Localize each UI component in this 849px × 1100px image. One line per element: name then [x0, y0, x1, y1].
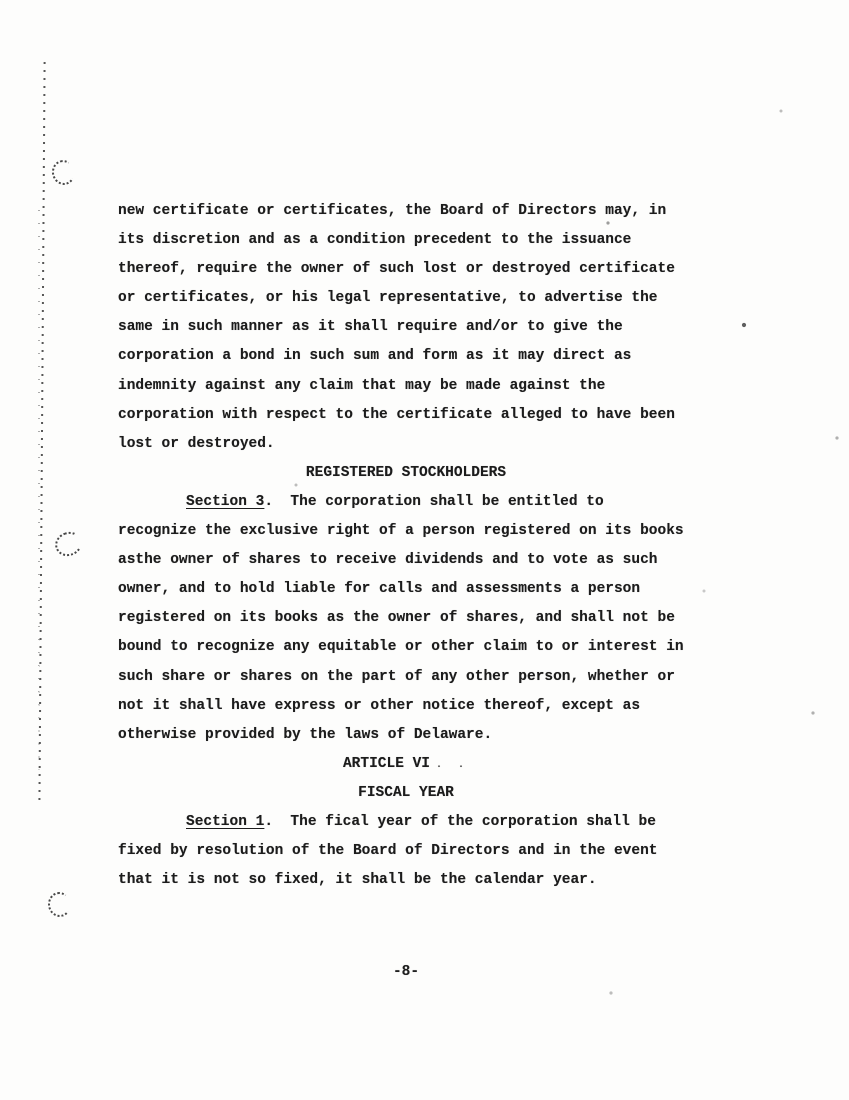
heading-article-vi-text: ARTICLE VI — [343, 756, 430, 772]
section-1-lead-line: Section 1. The fical year of the corpora… — [118, 808, 694, 837]
page-number: -8- — [118, 961, 694, 983]
pencil-c-mark-top — [49, 158, 77, 188]
pencil-c-mark-bottom — [46, 891, 72, 919]
section-3-label: Section 3 — [186, 494, 264, 510]
scanned-document-page: new certificate or certificates, the Boa… — [0, 0, 849, 1100]
scan-noise-strip-secondary — [38, 210, 40, 770]
body-line: fixed by resolution of the Board of Dire… — [118, 837, 694, 866]
body-line: that it is not so fixed, it shall be the… — [118, 866, 694, 895]
body-line: indemnity against any claim that may be … — [118, 372, 694, 401]
body-line: its discretion and as a condition preced… — [118, 226, 694, 255]
body-line: corporation with respect to the certific… — [118, 401, 694, 430]
body-line: recognize the exclusive right of a perso… — [118, 517, 694, 546]
section-1-lead-text: . The fical year of the corporation shal… — [264, 814, 656, 830]
body-line: not it shall have express or other notic… — [118, 692, 694, 721]
scan-speck-dots — [0, 0, 2, 2]
heading-article-vi: ARTICLE VI. . — [118, 750, 694, 779]
body-line: registered on its books as the owner of … — [118, 604, 694, 633]
body-line: lost or destroyed. — [118, 430, 694, 459]
body-line: thereof, require the owner of such lost … — [118, 255, 694, 284]
section-3-lead-text: . The corporation shall be entitled to — [264, 494, 603, 510]
scan-noise-strip — [38, 62, 45, 804]
body-line: same in such manner as it shall require … — [118, 313, 694, 342]
body-line: asthe owner of shares to receive dividen… — [118, 546, 694, 575]
heading-registered-stockholders: REGISTERED STOCKHOLDERS — [118, 459, 694, 488]
scan-dot-marks: . . — [430, 760, 469, 771]
section-1-label: Section 1 — [186, 814, 264, 830]
body-line: bound to recognize any equitable or othe… — [118, 633, 694, 662]
pencil-c-mark-middle — [52, 528, 86, 560]
body-line: corporation a bond in such sum and form … — [118, 342, 694, 371]
section-3-lead-line: Section 3. The corporation shall be enti… — [118, 488, 694, 517]
body-line: new certificate or certificates, the Boa… — [118, 197, 694, 226]
body-line: otherwise provided by the laws of Delawa… — [118, 721, 694, 750]
document-text-block: new certificate or certificates, the Boa… — [118, 197, 694, 895]
heading-fiscal-year: FISCAL YEAR — [118, 779, 694, 808]
body-line: such share or shares on the part of any … — [118, 663, 694, 692]
body-line: owner, and to hold liable for calls and … — [118, 575, 694, 604]
body-line: or certificates, or his legal representa… — [118, 284, 694, 313]
